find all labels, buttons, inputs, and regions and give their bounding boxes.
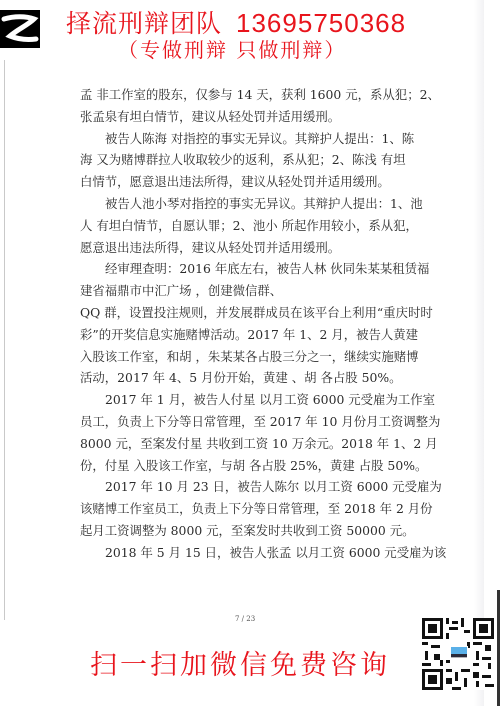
wechat-cta: 扫一扫加微信免费咨询 — [90, 650, 390, 682]
doc-line: 2017 年 1 月，被告人付星 以月工资 6000 元受雇为工作室 — [80, 389, 380, 411]
doc-line: 白情节，愿意退出违法所得，建议从轻处罚并适用缓刑。 — [80, 171, 380, 193]
doc-line: 愿意退出违法所得，建议从轻处罚并适用缓刑。 — [80, 237, 380, 259]
avatar — [450, 646, 468, 665]
wechat-qr-code-icon[interactable] — [422, 618, 494, 690]
doc-line: 活动，2017 年 4、5 月份开始，黄建 、胡 各占股 50%。 — [80, 367, 380, 389]
doc-line: 孟 非工作室的股东，仅参与 14 天，获利 1600 元，系从犯；2、 — [80, 84, 380, 106]
doc-line: 建省福鼎市中汇广场 ，创建微信群、 — [80, 280, 380, 302]
page-edge-right — [474, 0, 484, 706]
doc-line: 被告人池小琴对指控的事实无异议。其辩护人提出：1、池 — [80, 193, 380, 215]
team-name: 择流刑辩团队 — [66, 9, 222, 38]
doc-line: 份，付星 入股该工作室，与胡 各占股 25%，黄建 占股 50%。 — [80, 455, 380, 477]
doc-line: 入股该工作室，和胡 ，朱某某各占股三分之一，继续实施赌博 — [80, 346, 380, 368]
doc-line: 被告人陈海 对指控的事实无异议。其辩护人提出：1、陈 — [80, 128, 380, 150]
phone-number[interactable]: 13695750368 — [236, 8, 406, 38]
banner-subtitle: （专做刑辩 只做刑辩） — [118, 38, 346, 62]
doc-line: 张孟泉有坦白情节，建议从轻处罚并适用缓刑。 — [80, 106, 380, 128]
doc-line: 人 有坦白情节，自愿认罪；2、池小 所起作用较小，系从犯， — [80, 215, 380, 237]
page-number: 7 / 23 — [235, 615, 255, 623]
doc-line: 彩”的开奖信息实施赌博活动。2017 年 1、2 月，被告人黄建 — [80, 324, 380, 346]
doc-line: QQ 群，设置投注规则，并发展群成员在该平台上利用“重庆时时 — [80, 302, 380, 324]
doc-line: 2017 年 10 月 23 日，被告人陈尔 以月工资 6000 元受雇为 — [80, 476, 380, 498]
doc-line: 2018 年 5 月 15 日，被告人张孟 以月工资 6000 元受雇为该 — [80, 542, 380, 564]
doc-line: 起月工资调整为 8000 元，至案发时共收到工资 50000 元。 — [80, 520, 380, 542]
doc-line: 员工，负责上下分等日常管理，至 2017 年 10 月份月工资调整为 — [80, 411, 380, 433]
z-logo-icon — [0, 10, 40, 48]
doc-line: 经审理查明：2016 年底左右，被告人林 伙同朱某某租赁福 — [80, 258, 380, 280]
doc-line: 8000 元，至案发付星 共收到工资 10 万余元。2018 年 1、2 月 — [80, 433, 380, 455]
document-body: 孟 非工作室的股东，仅参与 14 天，获利 1600 元，系从犯；2、 张孟泉有… — [80, 84, 380, 564]
page-edge-left — [4, 60, 5, 620]
doc-line: 该赌博工作室员工，负责上下分等日常管理，至 2018 年 2 月份 — [80, 498, 380, 520]
doc-line: 海 又为赌博群拉人收取较少的返利，系从犯；2、陈浅 有坦 — [80, 149, 380, 171]
banner-title: 择流刑辩团队13695750368 — [66, 8, 406, 39]
